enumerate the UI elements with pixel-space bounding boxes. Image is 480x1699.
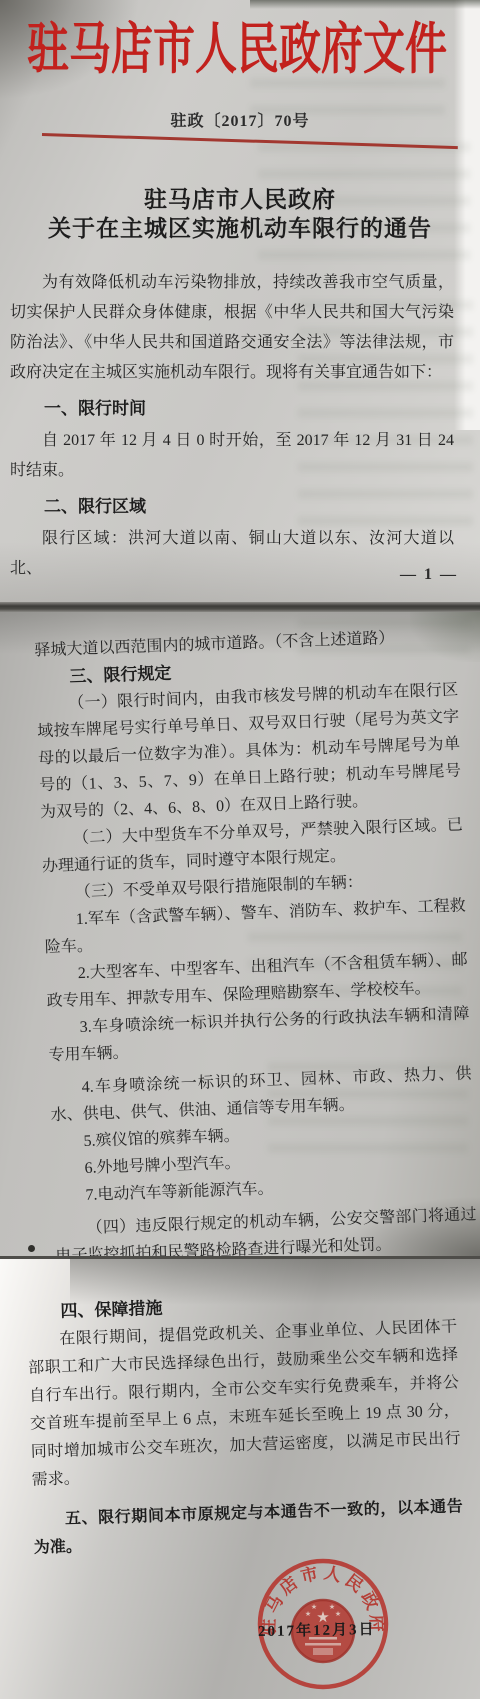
page-2-body: 驿城大道以西范围内的城市道路。（不含上述道路） 三、限行规定 （一）限行时间内，… [34,623,478,1256]
svg-text:★: ★ [311,1603,317,1611]
page-1: 驻马店市人民政府文件 驻政〔2017〕70号 驻马店市人民政府 关于在主城区实施… [0,0,480,602]
page-3-body: 四、保障措施 在限行期间，提倡党政机关、企事业单位、人民团体干部职工和广大市民选… [26,1285,464,1562]
masthead-title: 驻马店市人民政府文件 [0,6,474,85]
red-divider-line [42,133,458,149]
cropped-character-artifact [28,1245,35,1252]
section-2-body: 限行区域：洪河大道以南、铜山大道以东、汝河大道以北、 [10,524,454,584]
rule-paragraph-1: （一）限行时间内，由我市核发号牌的机动车在限行区域按车牌尾号实行单号单日、双号双… [36,677,462,827]
section-5-body: 五、限行期间本市原规定与本通告不一致的，以本通告为准。 [33,1493,465,1562]
document-number: 驻政〔2017〕70号 [0,108,480,131]
title-subject: 关于在主城区实施机动车限行的通告 [0,210,480,243]
svg-text:★: ★ [335,1610,341,1618]
rule-paragraph-4: （四）违反限行规定的机动车辆，公安交警部门将通过电子监控抓拍和民警路检路查进行曝… [54,1201,478,1256]
page-number: — 1 — [400,566,458,584]
section-1-body: 自 2017 年 12 月 4 日 0 时开始，至 2017 年 12 月 31… [10,426,454,486]
scanned-government-document: 驻马店市人民政府文件 驻政〔2017〕70号 驻马店市人民政府 关于在主城区实施… [0,0,480,1699]
page-1-body: 为有效降低机动车污染物排放，持续改善我市空气质量，切实保护人民群众身体健康，根据… [10,268,454,584]
section-4-body: 在限行期间，提倡党政机关、企事业单位、人民团体干部职工和广大市民选择绿色出行，鼓… [27,1313,462,1494]
page-2: 驿城大道以西范围内的城市道路。（不含上述道路） 三、限行规定 （一）限行时间内，… [0,612,480,1256]
svg-text:★: ★ [305,1610,311,1618]
page-3: 四、保障措施 在限行期间，提倡党政机关、企事业单位、人民团体干部职工和广大市民选… [0,1256,480,1699]
page-break-shadow [0,602,480,612]
intro-paragraph: 为有效降低机动车污染物排放，持续改善我市空气质量，切实保护人民群众身体健康，根据… [10,268,454,388]
section-2-heading: 二、限行区域 [10,494,454,520]
issue-date: 2017年12月3日 [258,1618,376,1641]
section-1-heading: 一、限行时间 [10,396,454,422]
